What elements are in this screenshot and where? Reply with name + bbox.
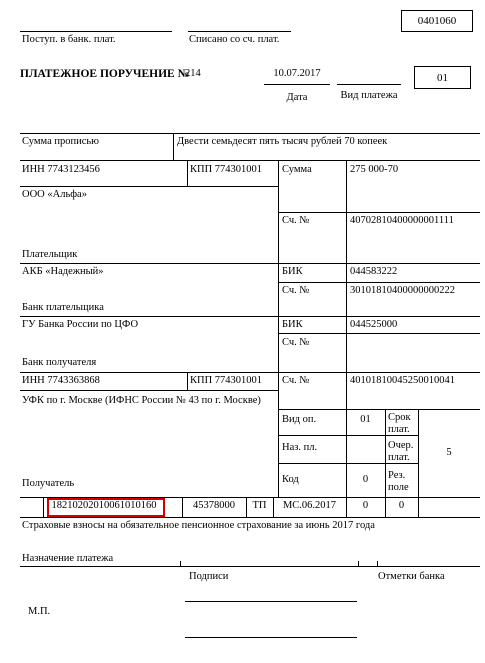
purpose-label: Назначение платежа bbox=[22, 553, 113, 565]
grid-line bbox=[278, 160, 279, 497]
payee-bank-account-label: Сч. № bbox=[282, 337, 309, 349]
grid-line bbox=[20, 160, 480, 161]
payer-account-value: 40702810400000001111 bbox=[350, 215, 454, 227]
payer-inn: ИНН 7743123456 bbox=[22, 164, 100, 176]
payee-bank-bik-label: БИК bbox=[282, 319, 303, 331]
term-label: Срок плат. bbox=[388, 412, 418, 436]
date-label: Дата bbox=[264, 92, 330, 104]
grid-tick bbox=[180, 561, 181, 566]
kbk-value: 18210202010061010160 bbox=[47, 500, 161, 512]
debited-line bbox=[188, 31, 291, 32]
grid-line bbox=[173, 133, 174, 160]
payment-order-document: 0401060 Поступ. в банк. плат. Списано со… bbox=[0, 0, 485, 663]
signature-line bbox=[185, 637, 357, 638]
payee-bank-name: ГУ Банка России по ЦФО bbox=[22, 319, 138, 331]
sum-label: Сумма bbox=[282, 164, 312, 176]
payer-account-label: Сч. № bbox=[282, 215, 309, 227]
grid-line bbox=[20, 372, 480, 373]
received-line bbox=[20, 31, 172, 32]
payee-account-label: Сч. № bbox=[282, 375, 309, 387]
grid-tick bbox=[377, 561, 378, 566]
payment-basis-value: ТП bbox=[246, 500, 273, 512]
form-title: ПЛАТЕЖНОЕ ПОРУЧЕНИЕ № bbox=[20, 68, 189, 81]
payment-type-underline bbox=[337, 84, 401, 85]
grid-line bbox=[278, 333, 480, 334]
amount-words: Двести семьдесят пять тысяч рублей 70 ко… bbox=[177, 136, 387, 148]
grid-tick bbox=[358, 561, 359, 566]
payer-kpp: КПП 774301001 bbox=[190, 164, 262, 176]
grid-line bbox=[278, 463, 418, 464]
purpose-text: Страховые взносы на обязательное пенсион… bbox=[22, 520, 375, 532]
payer-status-box: 01 bbox=[414, 66, 471, 89]
grid-line bbox=[20, 316, 480, 317]
doc-number: 214 bbox=[185, 68, 201, 80]
signature-line bbox=[185, 601, 357, 602]
amount-words-label: Сумма прописью bbox=[22, 136, 122, 148]
grid-line bbox=[278, 409, 480, 410]
received-label: Поступ. в банк. плат. bbox=[22, 34, 116, 46]
stamp-label: М.П. bbox=[28, 606, 50, 618]
grid-line bbox=[187, 372, 188, 390]
order-label: Очер. плат. bbox=[388, 440, 418, 464]
grid-line bbox=[278, 282, 480, 283]
bank-marks-label: Отметки банка bbox=[378, 571, 445, 583]
code-value: 0 bbox=[346, 474, 385, 486]
op-type-label: Вид оп. bbox=[282, 414, 316, 426]
payer-status-value: 01 bbox=[437, 72, 448, 84]
sum-value: 275 000-70 bbox=[350, 164, 398, 176]
payee-bank-label: Банк получателя bbox=[22, 357, 96, 369]
grid-line bbox=[278, 212, 480, 213]
reserve-label: Рез. поле bbox=[388, 470, 418, 494]
grid-line bbox=[418, 409, 419, 517]
date-underline bbox=[264, 84, 330, 85]
payer-name: ООО «Альфа» bbox=[22, 189, 87, 201]
payee-name: УФК по г. Москве (ИФНС России № 43 по г.… bbox=[22, 395, 261, 407]
doc-number-field-value: 0 bbox=[346, 500, 385, 512]
grid-line bbox=[278, 435, 418, 436]
op-type-value: 01 bbox=[346, 414, 385, 426]
order-value: 5 bbox=[418, 447, 480, 459]
tax-period-value: МС.06.2017 bbox=[273, 500, 346, 512]
debited-label: Списано со сч. плат. bbox=[189, 34, 279, 46]
payee-inn: ИНН 7743363868 bbox=[22, 375, 100, 387]
form-code-box: 0401060 bbox=[401, 10, 473, 32]
doc-date-field-value: 0 bbox=[385, 500, 418, 512]
payee-label: Получатель bbox=[22, 478, 74, 490]
payer-bank-label: Банк плательщика bbox=[22, 302, 104, 314]
payer-bank-account-value: 30101810400000000222 bbox=[350, 285, 455, 297]
payer-bank-bik-label: БИК bbox=[282, 266, 303, 278]
payer-bank-bik-value: 044583222 bbox=[350, 266, 397, 278]
grid-line bbox=[20, 390, 278, 391]
payer-bank-name: АКБ «Надежный» bbox=[22, 266, 104, 278]
grid-line bbox=[43, 497, 44, 517]
grid-line bbox=[20, 186, 278, 187]
payer-label: Плательщик bbox=[22, 249, 77, 261]
doc-date: 10.07.2017 bbox=[264, 68, 330, 80]
payer-bank-account-label: Сч. № bbox=[282, 285, 309, 297]
payment-type-label: Вид платежа bbox=[337, 90, 401, 102]
payee-account-value: 40101810045250010041 bbox=[350, 375, 455, 387]
payee-kpp: КПП 774301001 bbox=[190, 375, 262, 387]
grid-line bbox=[187, 160, 188, 186]
grid-line bbox=[20, 517, 480, 518]
signatures-label: Подписи bbox=[189, 571, 228, 583]
grid-line bbox=[20, 263, 480, 264]
code-label: Код bbox=[282, 474, 299, 486]
grid-line bbox=[20, 133, 480, 134]
payee-bank-bik-value: 044525000 bbox=[350, 319, 397, 331]
purpose-code-label: Наз. пл. bbox=[282, 442, 317, 454]
form-code: 0401060 bbox=[418, 15, 457, 27]
grid-line bbox=[20, 566, 480, 567]
oktmo-value: 45378000 bbox=[182, 500, 246, 512]
